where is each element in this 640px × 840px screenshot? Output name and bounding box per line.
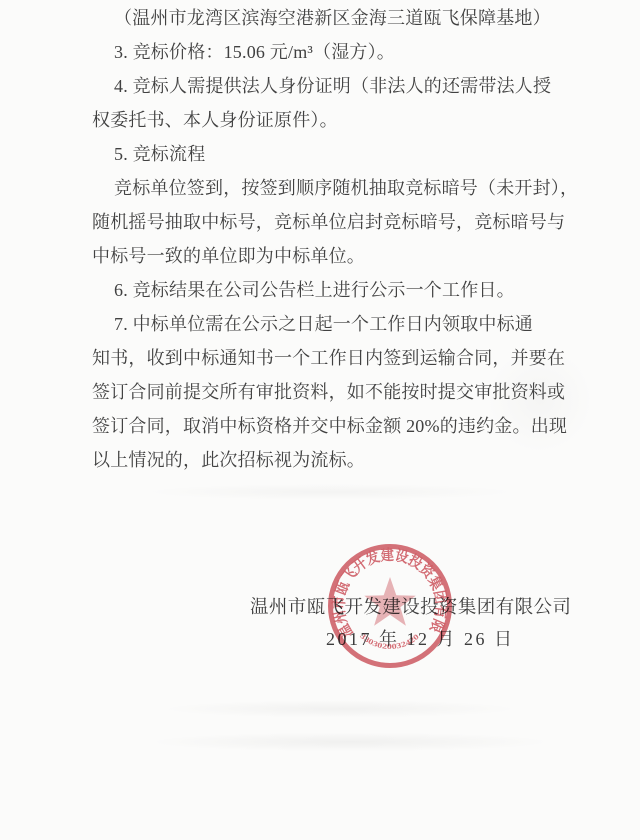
scan-smudge [120, 698, 560, 720]
scan-smudge [100, 482, 560, 502]
text-line: 签订合同，取消中标资格并交中标金额 20%的违约金。出现 [92, 409, 570, 443]
text-line: 签订合同前提交所有审批资料，如不能按时提交审批资料或 [92, 375, 570, 409]
document-page: （温州市龙湾区滨海空港新区金海三道瓯飞保障基地） 3. 竞标价格：15.06 元… [0, 0, 640, 840]
scan-smudge [100, 730, 600, 754]
text-line: 4. 竞标人需提供法人身份证明（非法人的还需带法人授 [92, 69, 570, 103]
star-icon [364, 577, 415, 626]
text-line: 权委托书、本人身份证原件）。 [92, 103, 570, 137]
text-line: 7. 中标单位需在公示之日起一个工作日内领取中标通 [92, 307, 570, 341]
text-line: 竞标单位签到，按签到顺序随机抽取竞标暗号（未开封）， [92, 171, 570, 205]
text-line: 以上情况的，此次招标视为流标。 [92, 443, 570, 477]
text-line: （温州市龙湾区滨海空港新区金海三道瓯飞保障基地） [92, 1, 570, 35]
text-line: 中标号一致的单位即为中标单位。 [92, 239, 570, 273]
text-line: 5. 竞标流程 [92, 137, 570, 171]
document-body: （温州市龙湾区滨海空港新区金海三道瓯飞保障基地） 3. 竞标价格：15.06 元… [92, 1, 570, 477]
text-line: 随机摇号抽取中标号，竞标单位启封竞标暗号，竞标暗号与 [92, 205, 570, 239]
svg-text:3303020032420: 3303020032420 [358, 631, 421, 651]
text-line: 6. 竞标结果在公司公告栏上进行公示一个工作日。 [92, 273, 570, 307]
seal-code: 3303020032420 [358, 631, 421, 651]
text-line: 3. 竞标价格：15.06 元/m³（湿方）。 [92, 35, 570, 69]
text-line: 知书，收到中标通知书一个工作日内签到运输合同，并要在 [92, 341, 570, 375]
official-seal: 温州市瓯飞开发建设投资集团有限公司 3303020032420 [322, 538, 458, 674]
